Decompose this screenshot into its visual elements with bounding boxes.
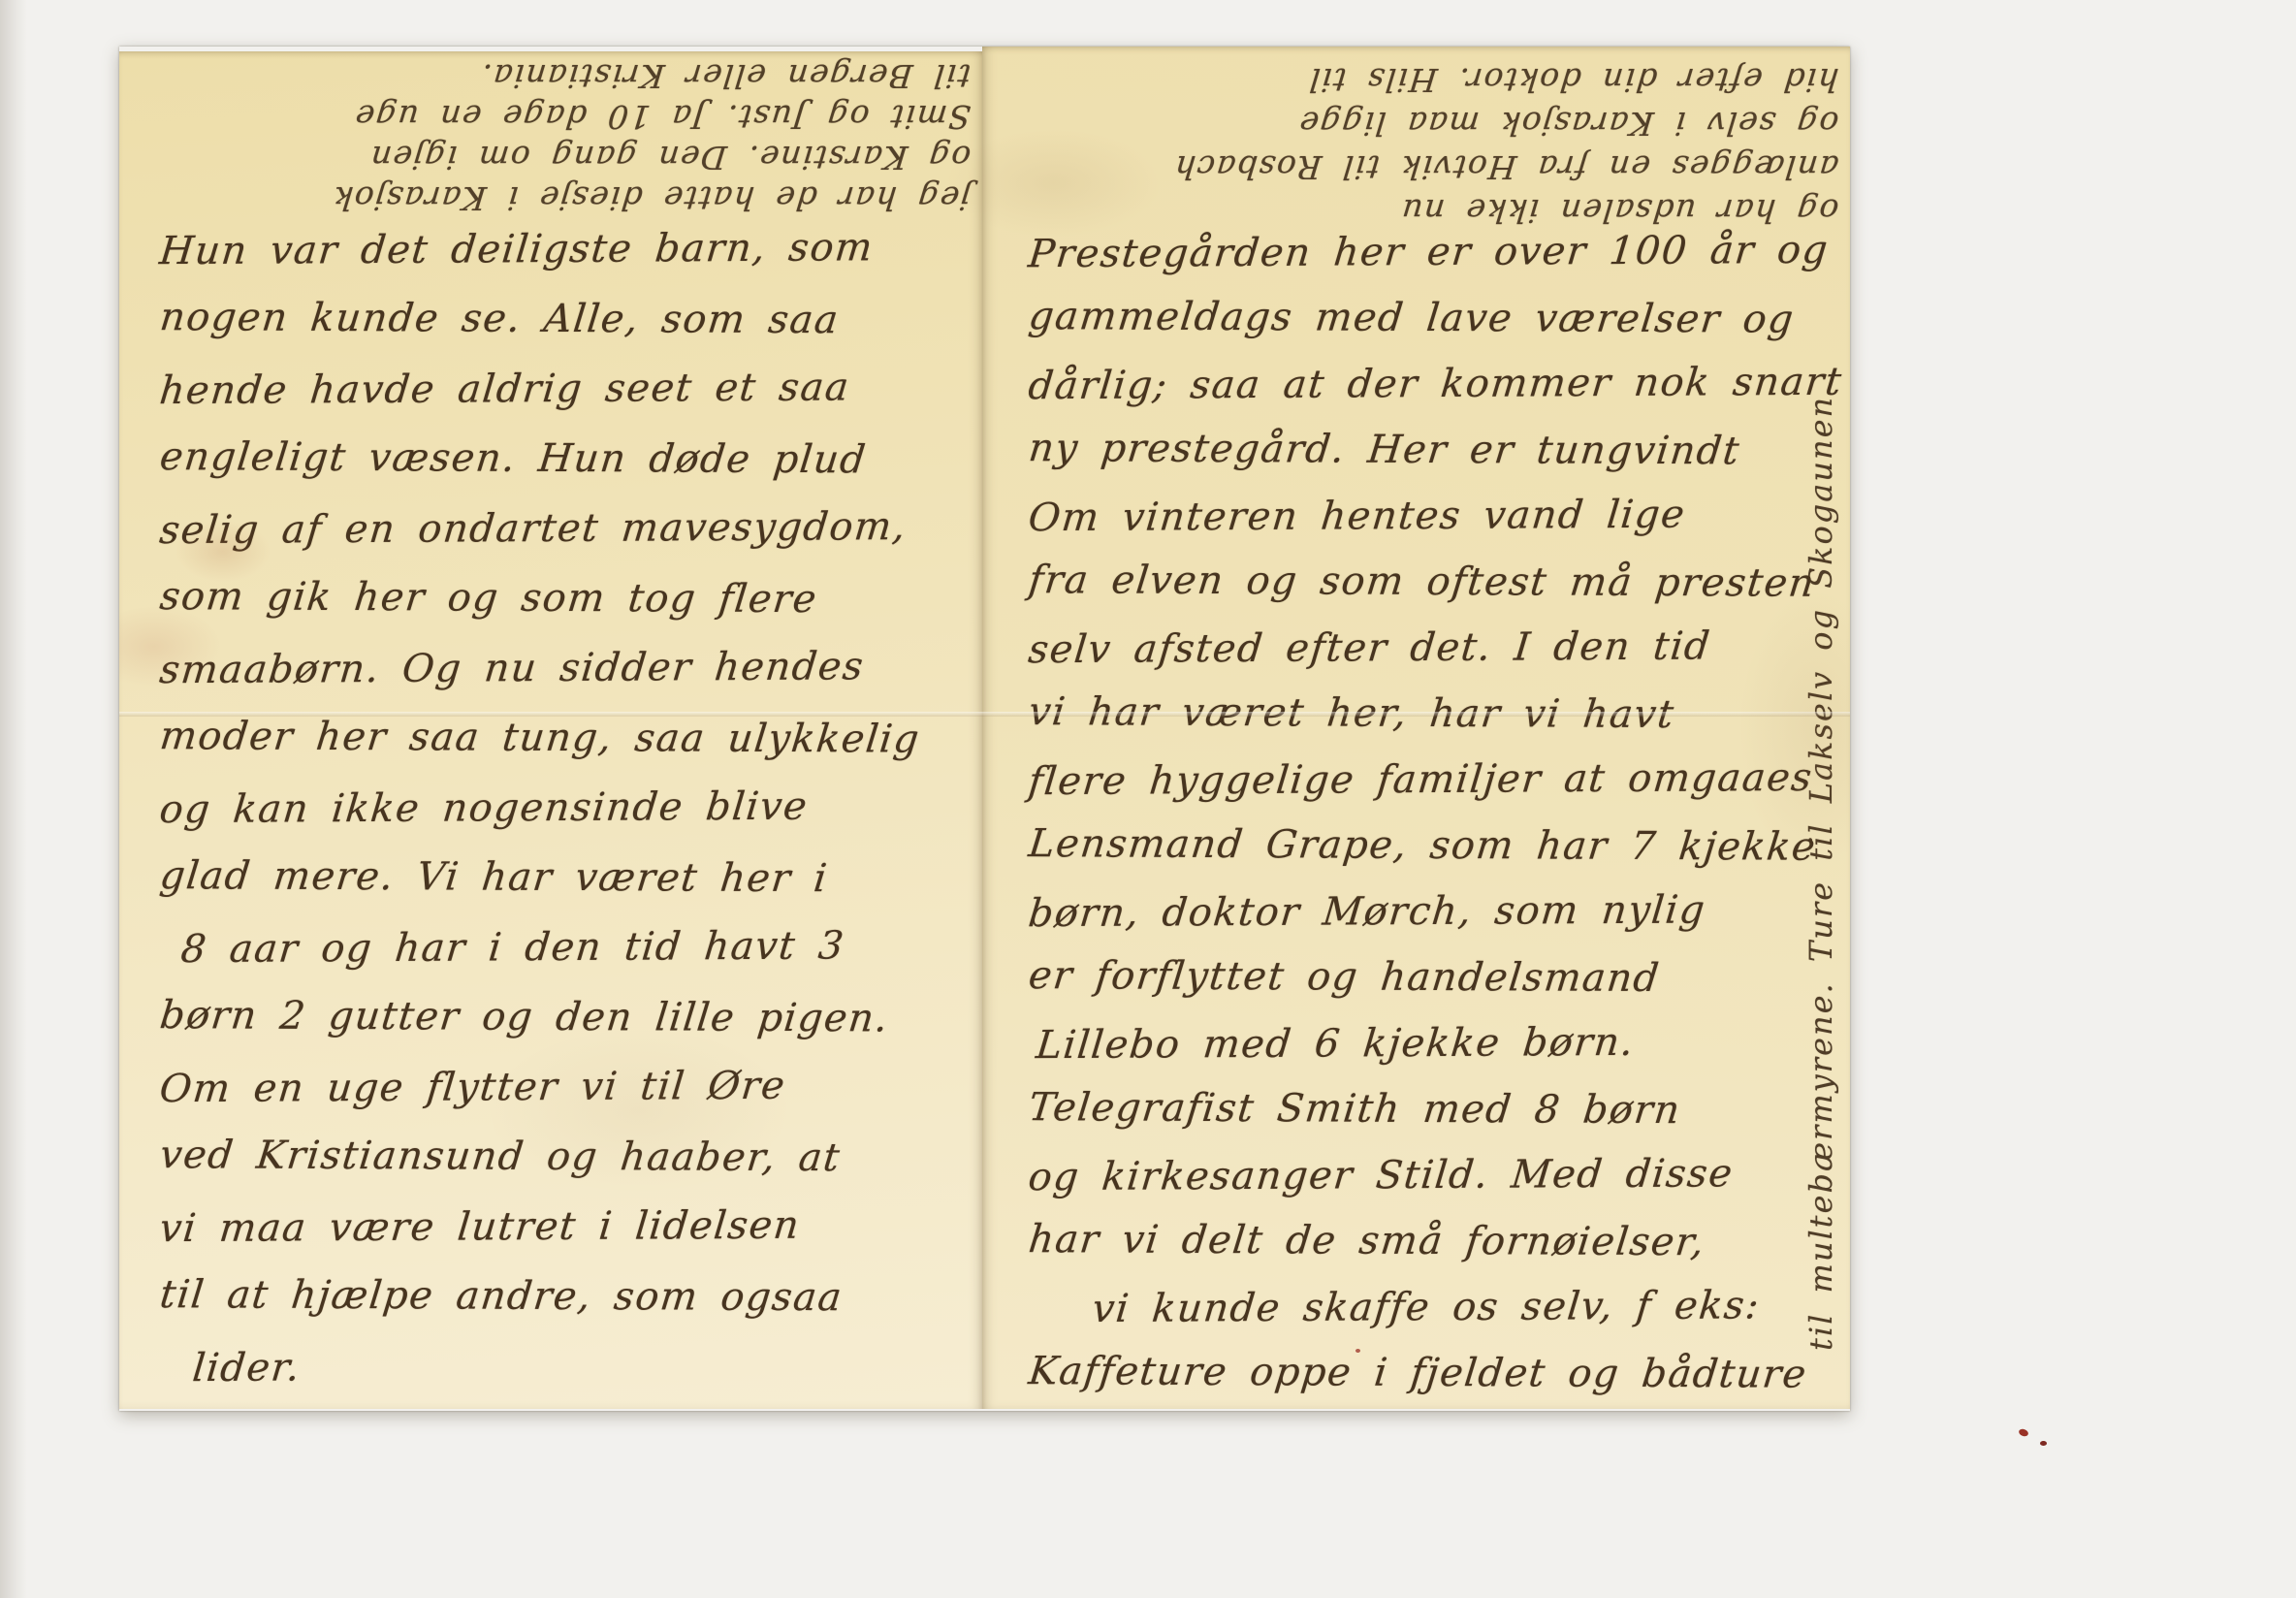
handwritten-line: selv afsted efter det. I den tid xyxy=(1025,613,1847,683)
handwritten-line: har vi delt de små fornøielser, xyxy=(1025,1206,1847,1276)
handwritten-line: til at hjælpe andre, som ogsaa xyxy=(156,1260,972,1333)
handwritten-line: børn, doktor Mørch, som nylig xyxy=(1025,877,1847,946)
handwritten-line: vi kunde skaffe os selv, f eks: xyxy=(1089,1272,1847,1342)
handwritten-line: dårlig; saa at der kommer nok snart xyxy=(1025,349,1847,419)
handwritten-line: selig af en ondartet mavesygdom, xyxy=(156,492,973,565)
handwritten-line: Om vinteren hentes vand lige xyxy=(1025,481,1847,551)
main-text-block: Prestegården her er over 100 år og ergam… xyxy=(1029,219,1844,1406)
handwritten-line: ved Kristiansund og haaber, at xyxy=(156,1120,972,1194)
red-ink-speck xyxy=(2040,1441,2047,1446)
handwritten-line: og kirkesanger Stild. Med disse xyxy=(1025,1140,1847,1210)
handwritten-line: glad mere. Vi har været her i xyxy=(156,841,972,914)
handwritten-line: vi har været her, har vi havt xyxy=(1025,679,1847,749)
handwritten-line: som gik her og som tog flere xyxy=(156,561,972,635)
scanned-letter: til Bergen eller Kristiania.Smit og Just… xyxy=(0,0,2296,1598)
red-ink-speck xyxy=(1355,1349,1360,1353)
handwritten-line-inverted: hid efter din doktor. Hils til xyxy=(992,58,1841,102)
handwritten-line: Prestegården her er over 100 år og er xyxy=(1025,217,1847,287)
handwritten-line: moder her saa tung, saa ulykkelig xyxy=(156,701,972,775)
handwritten-line: engleligt væsen. Hun døde plud xyxy=(156,422,972,495)
margin-vertical-text: til multebærmyrene. Ture til Lakselv og … xyxy=(1802,90,1839,1351)
handwritten-line: Lensmand Grape, som har 7 kjekke xyxy=(1025,811,1847,880)
handwritten-line: Lillebo med 6 kjekke børn. xyxy=(1033,1008,1847,1078)
letter-page-left: til Bergen eller Kristiania.Smit og Just… xyxy=(119,51,982,1409)
handwritten-line: vi maa være lutret i lidelsen xyxy=(156,1190,973,1263)
handwritten-line: flere hyggelige familjer at omgaaes xyxy=(1025,745,1847,815)
handwritten-line: og kan ikke nogensinde blive xyxy=(156,771,973,845)
handwritten-line: lider. xyxy=(189,1329,973,1403)
main-text-block: Hun var det deiligste barn, somnogen kun… xyxy=(160,214,969,1401)
handwritten-line: børn 2 gutter og den lille pigen. xyxy=(156,980,972,1054)
handwritten-line: gammeldags med lave værelser og xyxy=(1025,283,1847,353)
handwritten-line-inverted: og Karstine. Den gang om igjen xyxy=(129,137,973,177)
letter-sheet: til Bergen eller Kristiania.Smit og Just… xyxy=(119,47,1850,1411)
inverted-text-block: hid efter din doktor. Hils tilog selv i … xyxy=(994,56,1838,233)
handwritten-line: 8 aar og har i den tid havt 3 xyxy=(177,911,973,984)
handwritten-line: nogen kunde se. Alle, som saa xyxy=(156,282,972,356)
letter-page-right: hid efter din doktor. Hils tilog selv i … xyxy=(982,47,1850,1409)
handwritten-line-inverted: anlægges en fra Hotvik til Rosbach xyxy=(992,145,1841,189)
handwritten-line-inverted: til Bergen eller Kristiania. xyxy=(129,55,973,96)
handwritten-line-inverted: Smit og Just. Ja 10 dage en uge xyxy=(129,96,973,137)
handwritten-line: ny prestegård. Her er tungvindt xyxy=(1025,415,1847,485)
handwritten-line: Telegrafist Smith med 8 børn xyxy=(1025,1074,1847,1144)
handwritten-line: Om en uge flytter vi til Øre xyxy=(156,1050,973,1124)
red-ink-speck xyxy=(2018,1428,2029,1438)
handwritten-line-inverted: og selv i Karasjok maa ligge xyxy=(992,102,1841,145)
handwritten-line: Kaffeture oppe i fjeldet og bådture xyxy=(1025,1338,1847,1408)
handwritten-line: hende havde aldrig seet et saa xyxy=(156,352,973,426)
scanner-edge-shadow xyxy=(0,0,27,1598)
handwritten-line: smaabørn. Og nu sidder hendes xyxy=(156,631,973,705)
handwritten-line: Hun var det deiligste barn, som xyxy=(156,212,973,286)
handwritten-line: er forflyttet og handelsmand xyxy=(1025,943,1847,1012)
handwritten-line: fra elven og som oftest må presten xyxy=(1025,547,1847,617)
inverted-text-block: til Bergen eller Kristiania.Smit og Just… xyxy=(131,53,971,218)
